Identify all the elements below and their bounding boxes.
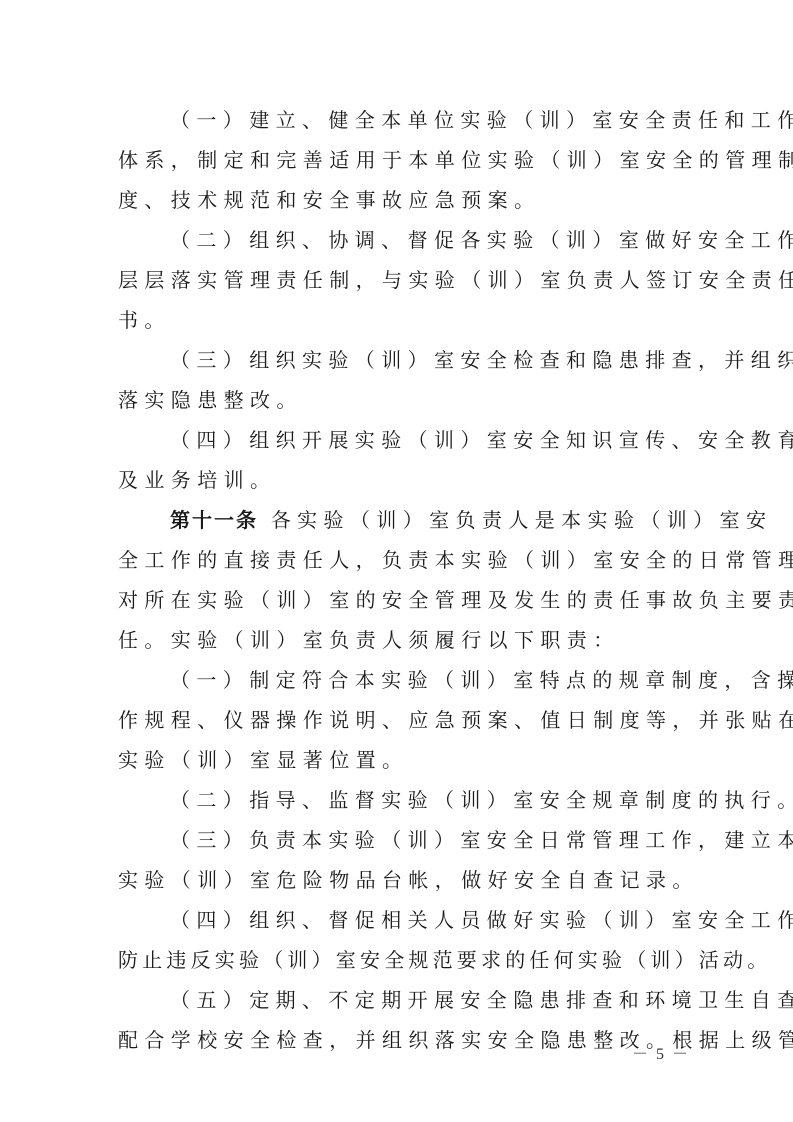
document-body: （一）建立、健全本单位实验（训）室安全责任和工作 体系，制定和完善适用于本单位实… bbox=[118, 100, 674, 1060]
article-eleven: 第十一条 各实验（训）室负责人是本实验（训）室安 全工作的直接责任人，负责本实验… bbox=[118, 500, 674, 660]
paragraph-line: 对所在实验（训）室的安全管理及发生的责任事故负主要责 bbox=[118, 580, 674, 620]
page-number: － 5 － bbox=[632, 1041, 690, 1064]
article-heading: 第十一条 bbox=[170, 508, 258, 532]
paragraph-line: 及业务培训。 bbox=[118, 460, 674, 500]
paragraph-line: 体系，制定和完善适用于本单位实验（训）室安全的管理制 bbox=[118, 140, 674, 180]
paragraph-line: （三）组织实验（训）室安全检查和隐患排查，并组织 bbox=[118, 340, 674, 380]
paragraph-line: 实验（训）室危险物品台帐，做好安全自查记录。 bbox=[118, 860, 674, 900]
paragraph-line: （三）负责本实验（训）室安全日常管理工作，建立本 bbox=[118, 820, 674, 860]
section-lab-head-duties: （一）制定符合本实验（训）室特点的规章制度，含操 作规程、仪器操作说明、应急预案… bbox=[118, 660, 674, 1060]
paragraph-line: （四）组织开展实验（训）室安全知识宣传、安全教育 bbox=[118, 420, 674, 460]
paragraph-line: 任。实验（训）室负责人须履行以下职责： bbox=[118, 620, 674, 660]
paragraph-line: （五）定期、不定期开展安全隐患排查和环境卫生自查， bbox=[118, 980, 674, 1020]
paragraph-line: （四）组织、督促相关人员做好实验（训）室安全工作， bbox=[118, 900, 674, 940]
article-text: 各实验（训）室负责人是本实验（训）室安 bbox=[258, 508, 772, 532]
article-first-line: 第十一条 各实验（训）室负责人是本实验（训）室安 bbox=[118, 500, 674, 540]
paragraph-line: （二）组织、协调、督促各实验（训）室做好安全工作， bbox=[118, 220, 674, 260]
paragraph-line: 书。 bbox=[118, 300, 674, 340]
paragraph-line: 配合学校安全检查，并组织落实安全隐患整改。根据上级管 bbox=[118, 1020, 674, 1060]
paragraph-line: 防止违反实验（训）室安全规范要求的任何实验（训）活动。 bbox=[118, 940, 674, 980]
paragraph-line: 落实隐患整改。 bbox=[118, 380, 674, 420]
paragraph-line: 层层落实管理责任制，与实验（训）室负责人签订安全责任 bbox=[118, 260, 674, 300]
section-unit-duties: （一）建立、健全本单位实验（训）室安全责任和工作 体系，制定和完善适用于本单位实… bbox=[118, 100, 674, 500]
paragraph-line: （二）指导、监督实验（训）室安全规章制度的执行。 bbox=[118, 780, 674, 820]
paragraph-line: 全工作的直接责任人，负责本实验（训）室安全的日常管理， bbox=[118, 540, 674, 580]
paragraph-line: （一）建立、健全本单位实验（训）室安全责任和工作 bbox=[118, 100, 674, 140]
paragraph-line: （一）制定符合本实验（训）室特点的规章制度，含操 bbox=[118, 660, 674, 700]
paragraph-line: 实验（训）室显著位置。 bbox=[118, 740, 674, 780]
paragraph-line: 度、技术规范和安全事故应急预案。 bbox=[118, 180, 674, 220]
document-page: （一）建立、健全本单位实验（训）室安全责任和工作 体系，制定和完善适用于本单位实… bbox=[0, 0, 793, 1122]
paragraph-line: 作规程、仪器操作说明、应急预案、值日制度等，并张贴在 bbox=[118, 700, 674, 740]
